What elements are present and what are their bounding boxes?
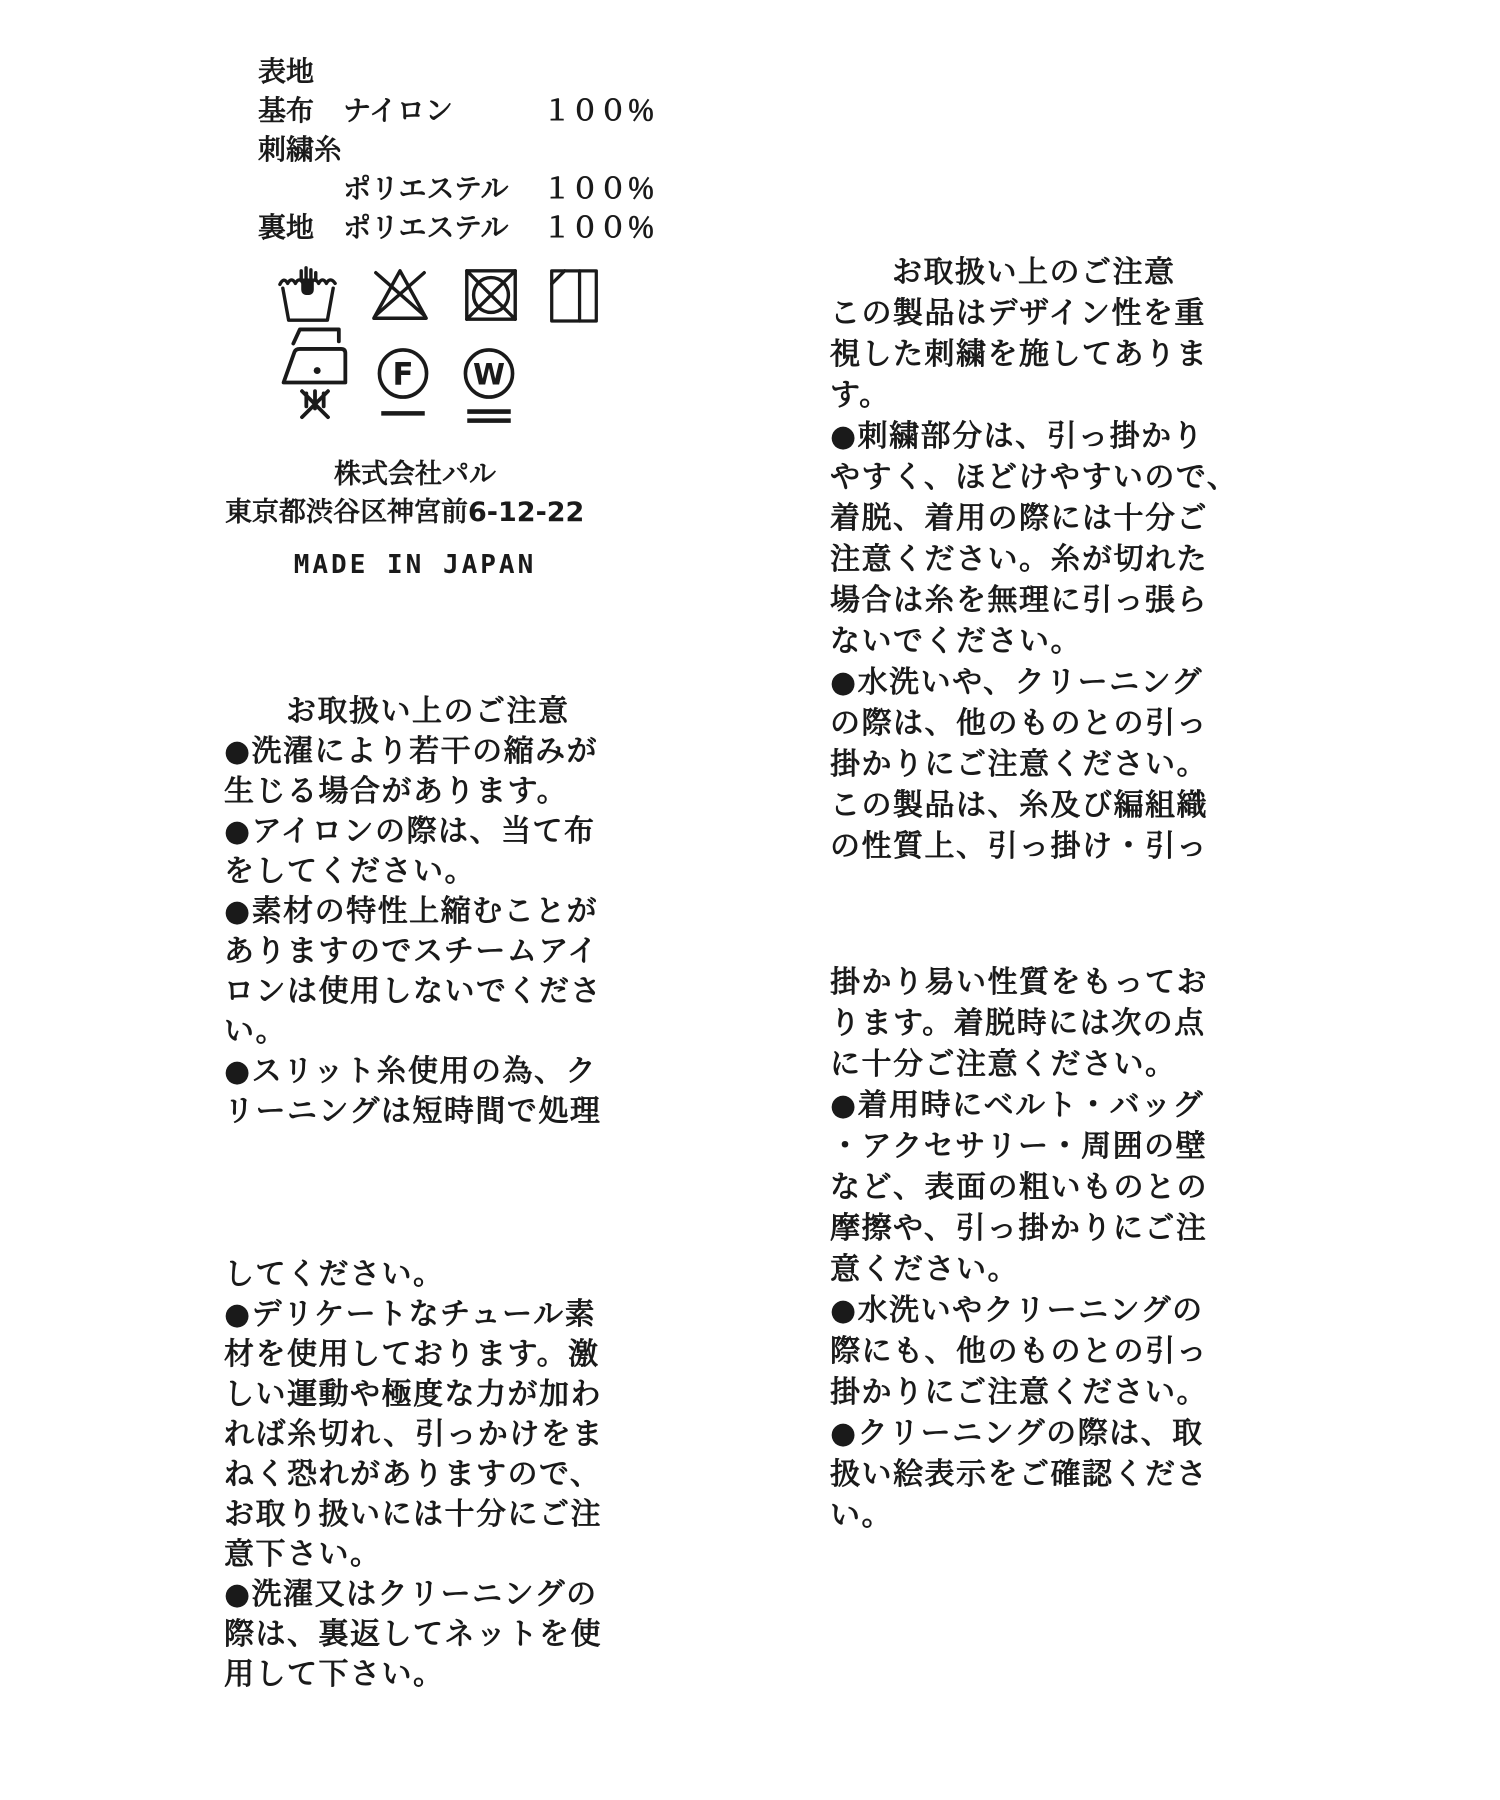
manufacturer-name: 株式会社パル [225,458,605,492]
left-care-heading: お取扱い上のご注意 [224,692,664,732]
composition-material: ポリエステル [343,208,543,247]
composition-part: 基布 [258,91,343,130]
composition-material: ポリエステル [343,169,543,208]
wet-clean-very-gentle-icon: W [460,346,518,430]
composition-part [258,169,343,208]
made-in-label: MADE IN JAPAN [225,548,605,582]
left-care-paragraph-2: してください。 ●デリケートなチュール素 材を使用しております。激 しい運動や極… [224,1255,664,1695]
dry-clean-letter: F [392,356,413,392]
right-care-notes-block-1: お取扱い上のご注意 この製品はデザイン性を重 視した刺繍を施してありま す。 ●… [830,252,1270,867]
care-symbols-row-1 [276,264,600,326]
composition-part: 裏地 [258,208,343,247]
hand-wash-icon [276,264,340,326]
composition-part: 表地 [258,52,343,91]
wet-clean-letter: W [473,357,505,391]
manufacturer-address: 東京都渋谷区神宮前6-12-22 [225,496,605,530]
left-care-notes-block-2: してください。 ●デリケートなチュール素 材を使用しております。激 しい運動や極… [224,1255,664,1695]
composition-row: 基布 ナイロン １００％ [258,91,655,130]
dry-clean-petroleum-gentle-icon: F [374,346,432,430]
composition-row: 刺繍糸 [258,130,655,169]
manufacturer-block: 株式会社パル 東京都渋谷区神宮前6-12-22 MADE IN JAPAN [225,458,605,582]
composition-row: 表地 [258,52,655,91]
composition-percent: １００％ [543,208,655,247]
left-care-paragraph-1: ●洗濯により若干の縮みが 生じる場合があります。 ●アイロンの際は、当て布 をし… [224,732,664,1132]
composition-row: ポリエステル １００％ [258,169,655,208]
composition-row: 裏地 ポリエステル １００％ [258,208,655,247]
composition-part: 刺繍糸 [258,130,343,169]
right-care-heading: お取扱い上のご注意 [830,252,1270,293]
iron-low-heat-no-steam-icon [278,324,352,428]
right-care-paragraph-1: この製品はデザイン性を重 視した刺繍を施してありま す。 ●刺繍部分は、引っ掛か… [830,293,1270,867]
composition-material [343,52,543,91]
do-not-tumble-dry-icon [460,264,522,326]
composition-percent: １００％ [543,91,655,130]
line-dry-in-shade-icon [548,264,600,326]
care-label-page: 表地 基布 ナイロン １００％ 刺繍糸 ポリエステル １００％ 裏地 ポリエステ… [0,0,1500,1800]
right-care-paragraph-2: 掛かり易い性質をもってお ります。着脱時には次の点 に十分ご注意ください。 ●着… [830,962,1270,1536]
right-care-notes-block-2: 掛かり易い性質をもってお ります。着脱時には次の点 に十分ご注意ください。 ●着… [830,962,1270,1536]
composition-material [343,130,543,169]
fabric-composition-table: 表地 基布 ナイロン １００％ 刺繍糸 ポリエステル １００％ 裏地 ポリエステ… [258,52,655,247]
left-care-notes-block-1: お取扱い上のご注意 ●洗濯により若干の縮みが 生じる場合があります。 ●アイロン… [224,692,664,1132]
do-not-bleach-icon [366,264,434,326]
composition-percent: １００％ [543,169,655,208]
composition-material: ナイロン [343,91,543,130]
